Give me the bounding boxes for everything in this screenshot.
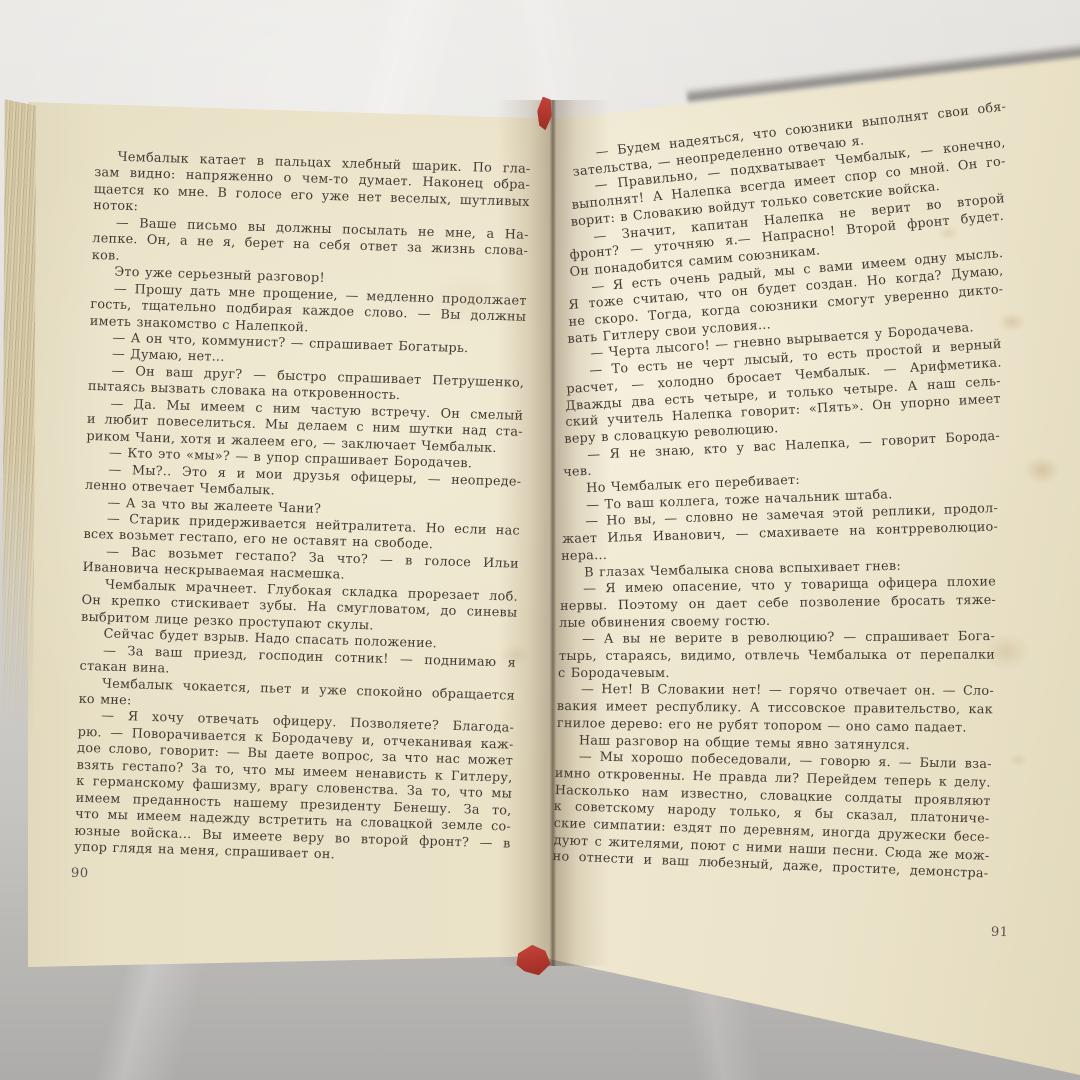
right-page-text: — Будем надеяться, что союзники выполнят… [0,0,1080,1080]
text-line: тырь, стараясь, видимо, отвлечь Чембалык… [559,648,995,666]
text-line: — Нет! В Словакии нет! — горячо отвечает… [558,682,994,700]
text-line: с Бородачевым. [558,666,994,683]
text-line: — А вы не верите в революцию? — спрашива… [559,629,995,649]
page-number-right: 91 [991,925,1009,940]
book-photo: Чембалык катает в пальцах хлебный шарик.… [0,0,1080,1080]
